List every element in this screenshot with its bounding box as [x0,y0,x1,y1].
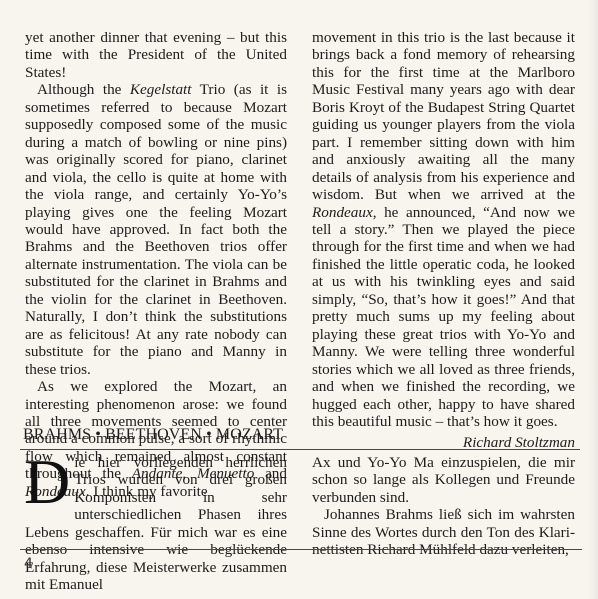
italic-movement: Rondeaux [312,204,373,221]
paragraph: Johannes Brahms ließ sich im wahrsten Si… [312,506,575,558]
text-run: movement in this trio is the last becaus… [312,29,575,203]
text-run: Trio (as it is some­times referred to be… [25,81,287,377]
paragraph: Die hier vorliegenden herrlichen Trios w… [25,454,287,594]
german-text-right-column: Ax und Yo-Yo Ma einzuspielen, die mir sc… [312,454,575,559]
drop-cap: D [24,457,70,507]
paragraph: Although the Kegelstatt Trio (as it is s… [25,81,287,378]
heading-divider [20,449,580,450]
page-number: 4 [24,556,33,572]
footer-divider [20,549,582,550]
page-edge-shadow [588,0,598,599]
german-text-left-column: Die hier vorliegenden herrlichen Trios w… [25,454,287,594]
paragraph: movement in this trio is the last becaus… [312,29,575,430]
italic-title: Kegelstatt [130,81,192,98]
text-run: , he announced, “And now we tell a story… [312,204,575,430]
paragraph: yet another dinner that evening – but th… [25,29,287,81]
text-run: Although the [37,81,130,98]
paragraph: Ax und Yo-Yo Ma einzuspielen, die mir sc… [312,454,575,506]
english-text-right-column: movement in this trio is the last becaus… [312,29,575,452]
section-heading: BRAHMS • BEETHOVEN • MOZART [23,426,283,444]
